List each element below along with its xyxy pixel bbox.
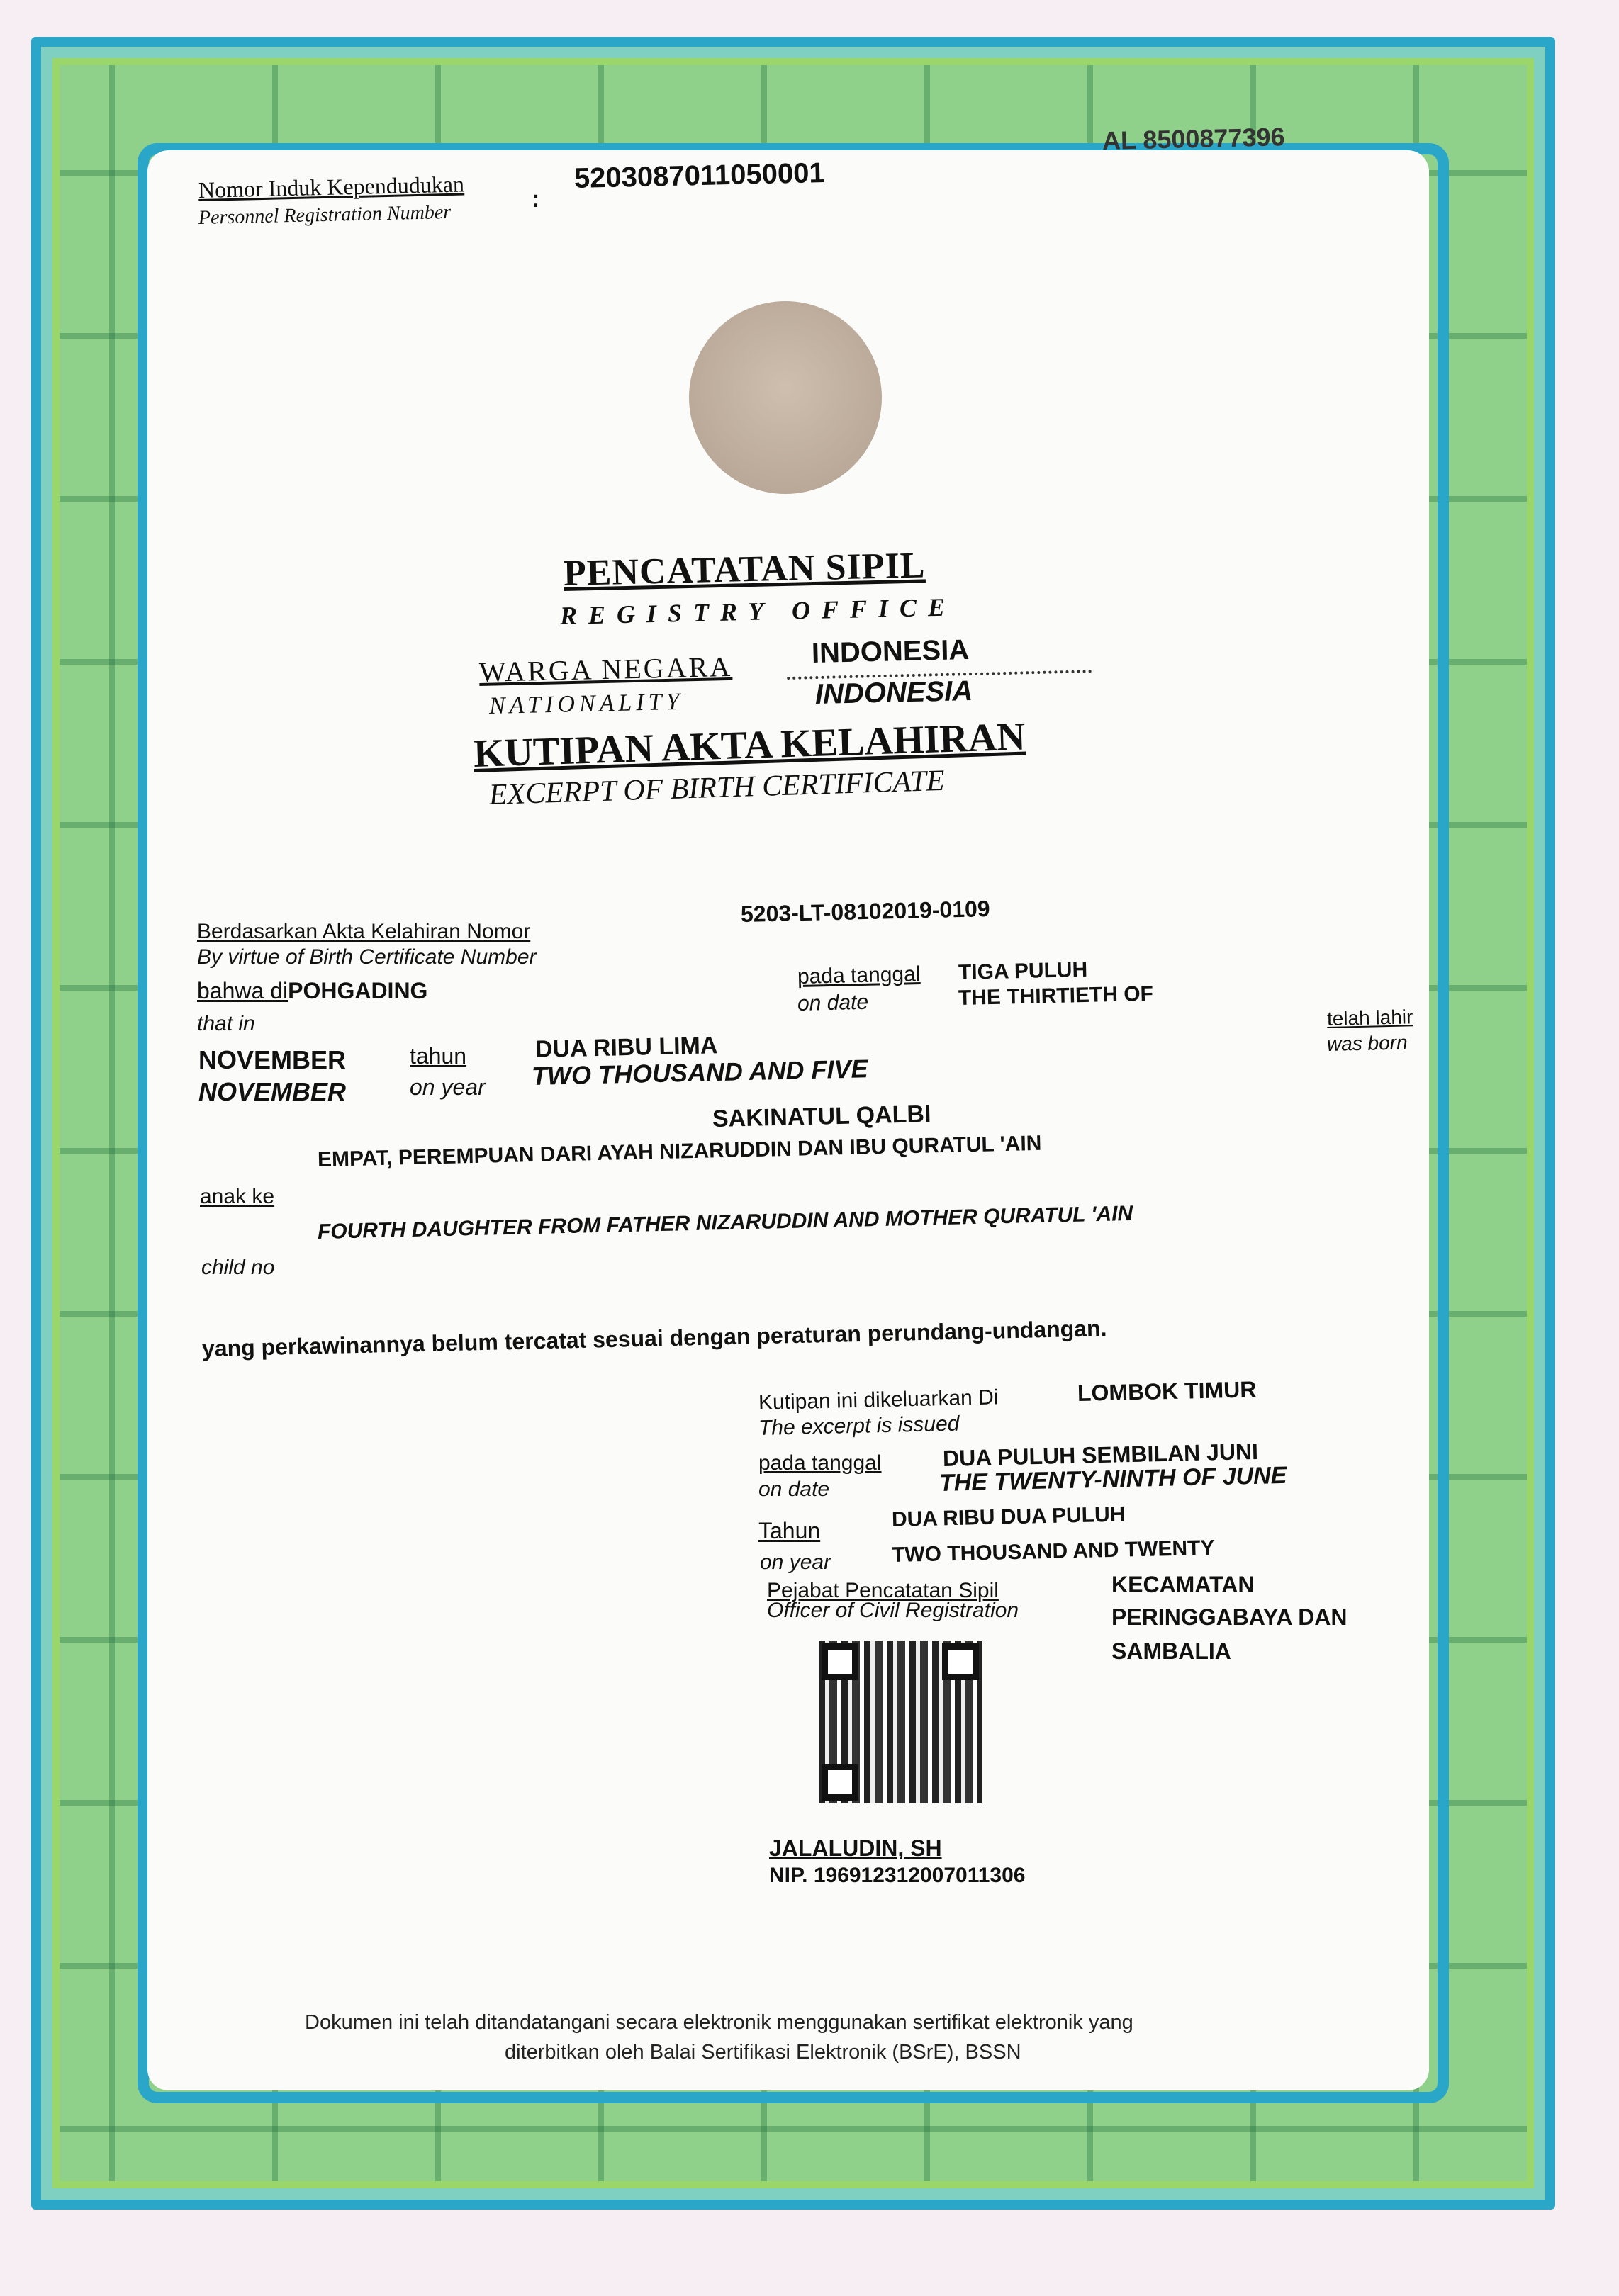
issue-year-label-en: on year bbox=[760, 1551, 831, 1575]
officer-label-en: Officer of Civil Registration bbox=[767, 1599, 1019, 1623]
footer-line1: Dokumen ini telah ditandatangani secara … bbox=[305, 2011, 1133, 2035]
issue-place-label-en: The excerpt is issued bbox=[758, 1412, 960, 1441]
qr-finder-pattern bbox=[822, 1764, 858, 1801]
birth-number-label-en: By virtue of Birth Certificate Number bbox=[197, 945, 537, 969]
child-name: SAKINATUL QALBI bbox=[712, 1101, 931, 1133]
officer-office-line1: KECAMATAN bbox=[1111, 1572, 1254, 1598]
issue-date-label-en: on date bbox=[758, 1478, 829, 1502]
issue-date-label-id: pada tanggal bbox=[758, 1451, 882, 1475]
born-label-en: was born bbox=[1327, 1031, 1408, 1056]
birth-date-label-en: on date bbox=[797, 991, 869, 1016]
birth-date-value-en: THE THIRTIETH OF bbox=[958, 982, 1154, 1011]
birth-place-label-en: that in bbox=[197, 1012, 255, 1036]
child-no-label-id: anak ke bbox=[200, 1185, 274, 1209]
nik-value: 5203087011050001 bbox=[573, 157, 825, 195]
born-label-id: telah lahir bbox=[1327, 1006, 1413, 1030]
qr-code-icon[interactable] bbox=[819, 1641, 982, 1803]
officer-nip: NIP. 196912312007011306 bbox=[769, 1864, 1025, 1888]
birth-place-label-id: bahwa di bbox=[197, 978, 288, 1003]
birth-place-value: POHGADING bbox=[288, 978, 427, 1003]
office-title-id: PENCATATAN SIPIL bbox=[563, 544, 926, 595]
officer-office-line2: PERINGGABAYA DAN bbox=[1111, 1604, 1348, 1631]
birth-date-label-id: pada tanggal bbox=[797, 962, 921, 989]
serial-number: AL 8500877396 bbox=[1102, 122, 1285, 156]
nationality-label-id: WARGA NEGARA bbox=[478, 650, 732, 689]
issue-place-value: LOMBOK TIMUR bbox=[1077, 1376, 1257, 1407]
officer-office-line3: SAMBALIA bbox=[1111, 1638, 1231, 1665]
birth-year-label-id: tahun bbox=[410, 1043, 466, 1069]
nik-separator: : bbox=[532, 186, 539, 213]
birth-date-value-id: TIGA PULUH bbox=[958, 958, 1088, 985]
child-no-label-en: child no bbox=[201, 1256, 274, 1280]
footer-line2: diterbitkan oleh Balai Sertifikasi Elekt… bbox=[505, 2041, 1021, 2064]
birth-month-en: NOVEMBER bbox=[198, 1077, 346, 1107]
birth-year-label-en: on year bbox=[410, 1074, 486, 1101]
nationality-value-id: INDONESIA bbox=[811, 634, 969, 670]
birth-number-label-id: Berdasarkan Akta Kelahiran Nomor bbox=[197, 920, 530, 944]
issue-year-label-id: Tahun bbox=[758, 1518, 820, 1544]
garuda-emblem-icon bbox=[689, 301, 882, 494]
birth-month-id: NOVEMBER bbox=[198, 1045, 346, 1075]
nationality-label-en: NATIONALITY bbox=[489, 689, 684, 720]
nationality-value-en: INDONESIA bbox=[814, 675, 973, 711]
officer-name: JALALUDIN, SH bbox=[769, 1835, 942, 1862]
birth-place: bahwa diPOHGADING bbox=[197, 978, 427, 1004]
